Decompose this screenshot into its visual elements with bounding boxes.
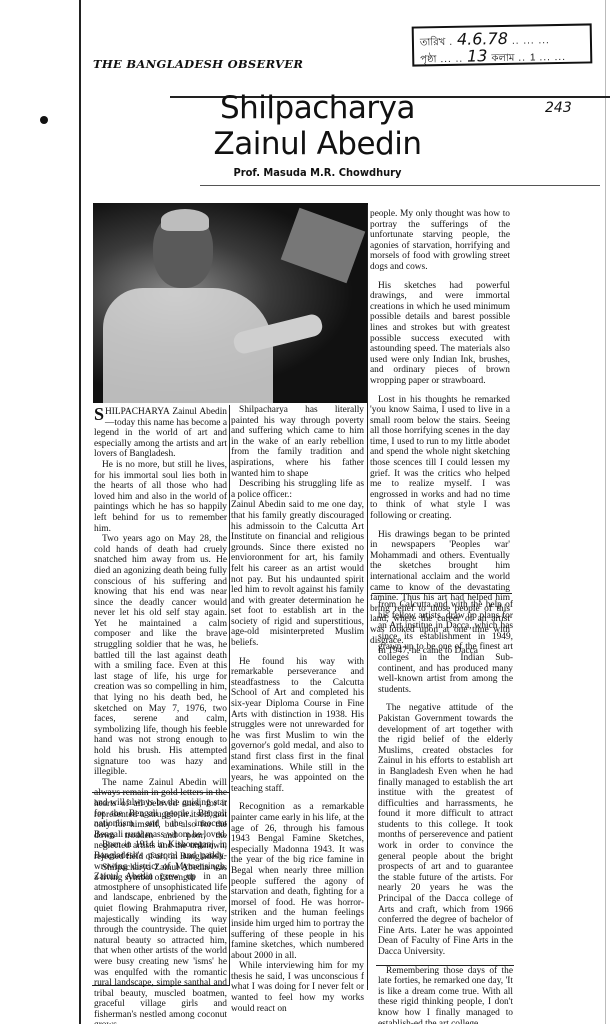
- column-divider: [229, 405, 230, 985]
- paragraph: from Calcutta and with the help of his f…: [378, 600, 513, 695]
- stamp-dots: .. ... ...: [512, 35, 550, 47]
- stamp-dots: ..: [518, 53, 526, 64]
- column-end-rule: [92, 985, 230, 986]
- column-break-rule: [92, 792, 230, 793]
- stamp-page-label: পৃষ্ঠা: [420, 52, 436, 69]
- paragraph: people. My only thought was how to portr…: [370, 209, 510, 273]
- archive-stamp: তারিখ . 4.6.78 .. ... ... পৃষ্ঠা ... .. …: [412, 23, 593, 66]
- stamp-column-value: 1: [530, 52, 536, 63]
- paragraph: He is no more, but still he lives, for h…: [94, 460, 227, 534]
- article-column-1-continued: and will always be the guiding star for …: [94, 798, 227, 1024]
- newspaper-masthead: THE BANGLADESH OBSERVER: [93, 57, 303, 71]
- paragraph: Zainul Abedin said to me one day, that h…: [231, 500, 364, 648]
- column-divider: [367, 205, 368, 990]
- article-byline: Prof. Masuda M.R. Chowdhury: [216, 166, 419, 179]
- paragraph: The negative attitude of the Pakistan Go…: [378, 703, 513, 957]
- photo-figure-hair: [161, 209, 209, 231]
- paragraph: and will always be the guiding star for …: [94, 798, 227, 840]
- paragraph: He found his way with remarkable perseve…: [231, 657, 364, 795]
- paragraph: Describing his struggling life as a poli…: [231, 479, 364, 500]
- article-photo: [93, 203, 368, 403]
- archive-page-number: 243: [545, 100, 572, 116]
- stamp-column-label: কলাম: [491, 51, 514, 68]
- article-title-line1: Shilpacharya: [205, 90, 430, 126]
- paragraph: Two years ago on May 28, the cold hands …: [94, 534, 227, 778]
- paragraph: SHILPACHARYA Zainul Abedin—today this na…: [94, 407, 227, 460]
- paragraph: Born in 1914 in Kishoreganj, in Banglade…: [94, 840, 227, 1024]
- article-title-line2: Zainul Abedin: [205, 126, 430, 162]
- article-column-3: people. My only thought was how to portr…: [370, 209, 510, 657]
- article-column-2: Shilpacharya has literally painted his w…: [231, 405, 364, 1014]
- photo-painting: [281, 208, 366, 284]
- paragraph: Recognition as a remarkable painter came…: [231, 802, 364, 961]
- clipping-left-edge: [79, 0, 81, 1024]
- column-break-rule: [372, 593, 512, 594]
- article-header: Shilpacharya Zainul Abedin Prof. Masuda …: [205, 90, 430, 179]
- paragraph: Remembering those days of the late forti…: [378, 966, 513, 1024]
- header-rule: [200, 185, 600, 186]
- stamp-date-label: তারিখ: [420, 35, 446, 52]
- stamp-dots: ... ..: [440, 54, 463, 65]
- stamp-page-value: 13: [467, 46, 488, 65]
- article-column-3-continued: from Calcutta and with the help of his f…: [378, 600, 513, 1024]
- page-right-edge: [605, 0, 606, 1024]
- stamp-dots: ... ...: [539, 52, 566, 63]
- stamp-dots: .: [449, 37, 453, 48]
- paragraph: His sketches had powerful drawings, and …: [370, 281, 510, 387]
- paragraph: While interviewing him for my thesis he …: [231, 961, 364, 1014]
- paragraph: Lost in his thoughts he remarked 'you kn…: [370, 395, 510, 522]
- column-end-rule: [376, 965, 514, 966]
- binding-hole: [40, 116, 48, 124]
- paragraph: Shilpacharya has literally painted his w…: [231, 405, 364, 479]
